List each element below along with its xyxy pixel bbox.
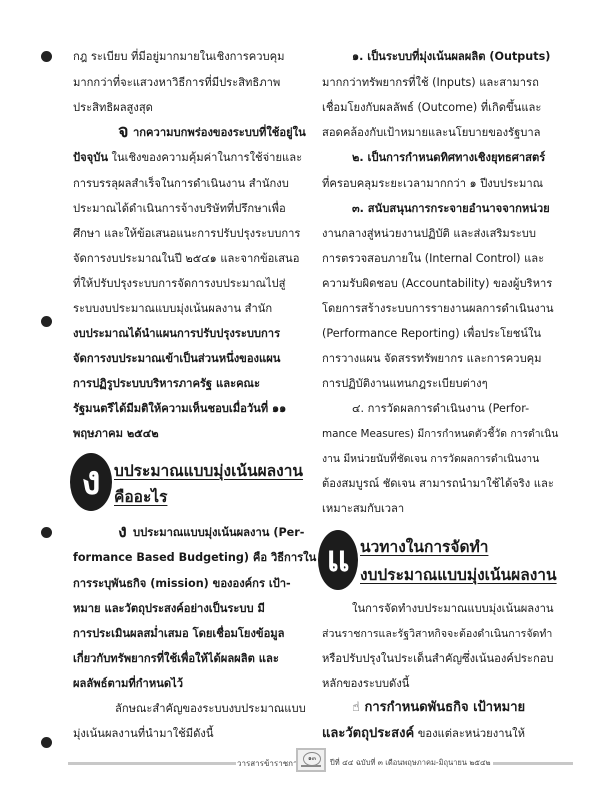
text-line: โดยการสร้างระบบการรายงานผลการดำเนินงาน xyxy=(322,302,554,316)
page-number-badge: ๑๓ xyxy=(296,748,326,772)
text-line: ลักษณะสำคัญของระบบงบประมาณแบบ xyxy=(115,702,306,716)
list-item-3: ๓. สนับสนุนการกระจายอำนาจจากหน่วย xyxy=(352,202,550,216)
section-heading: คืออะไร xyxy=(114,484,167,509)
text-line: ประมาณได้ดำเนินการจ้างบริษัทที่ปรึกษาเพื… xyxy=(73,202,286,216)
text-line: พฤษภาคม ๒๕๔๒ xyxy=(73,427,159,441)
list-item-1: ๑. เป็นระบบที่มุ่งเน้นผลผลิต (Outputs) xyxy=(352,50,550,64)
text-line: ในการจัดทำงบประมาณแบบมุ่งเน้นผลงาน xyxy=(352,602,554,616)
text-line: (Performance Reporting) เพื่อประโยชน์ใน xyxy=(322,327,541,341)
text-line: งบประมาณได้นำแผนการปรับปรุงระบบการ xyxy=(73,327,280,341)
text-line: ระบบงบประมาณแบบมุ่งเน้นผลงาน สำนัก xyxy=(73,302,272,316)
text-line: formance Based Budgeting) คือ วิธีการใน xyxy=(73,551,316,565)
text-line: การวางแผน จัดสรรทรัพยากร และการควบคุม xyxy=(322,352,542,366)
text-line: ประสิทธิผลสูงสุด xyxy=(73,101,153,115)
section-heading: งบประมาณแบบมุ่งเน้นผลงาน xyxy=(360,562,557,587)
text-line: ากความบกพร่องของระบบที่ใช้อยู่ใน xyxy=(133,126,306,140)
section-dropcap-badge: แ xyxy=(318,530,358,590)
text-line: mance Measures) มีการกำหนดตัวชี้วัด การด… xyxy=(322,427,558,441)
dropcap-letter: จ xyxy=(118,122,129,142)
text-line: จัดการงบประมาณเข้าเป็นส่วนหนึ่งของแผน xyxy=(73,352,280,366)
text-line: และวัตถุประสงค์ ของแต่ละหน่วยงานให้ xyxy=(322,727,525,741)
text-line: งานกลางสู่หน่วยงานปฏิบัติ และส่งเสริมระบ… xyxy=(322,227,536,241)
issue-info: ปีที่ ๔๔ ฉบับที่ ๓ เดือนพฤษภาคม-มิถุนายน… xyxy=(330,757,491,769)
section-heading: บประมาณแบบมุ่งเน้นผลงาน xyxy=(114,458,303,483)
dropcap-letter: ง xyxy=(118,522,127,542)
text-line: การระบุพันธกิจ (mission) ขององค์กร เป้า- xyxy=(73,577,291,591)
text-line: สอดคล้องกับเป้าหมายและนโยบายของรัฐบาล xyxy=(322,126,540,140)
list-item-2: ๒. เป็นการกำหนดทิศทางเชิงยุทธศาสตร์ xyxy=(352,151,545,165)
text-line: ต้องสมบูรณ์ ชัดเจน สามารถนำมาใช้ได้จริง … xyxy=(322,477,554,491)
journal-name: วารสารข้าราชการ xyxy=(237,757,302,770)
section-heading: นวทางในการจัดทำ xyxy=(360,534,488,559)
text-line: ความรับผิดชอบ (Accountability) ของผู้บริ… xyxy=(322,277,552,291)
text-line: หมาย และวัตถุประสงค์อย่างเป็นระบบ มี xyxy=(73,602,265,616)
text-line: รัฐมนตรีได้มีมติให้ความเห็นชอบเมื่อวันที… xyxy=(73,402,286,416)
text-line: หลักของระบบดังนี้ xyxy=(322,677,409,691)
text-line: การปฏิรูประบบบริหารภาครัฐ และคณะ xyxy=(73,377,260,391)
text-line: มากกว่าทรัพยากรที่ใช้ (Inputs) และสามารถ xyxy=(322,76,539,90)
hand-icon: ☝ xyxy=(352,700,360,715)
binder-hole-bottom xyxy=(41,737,52,748)
badge-base xyxy=(301,765,321,767)
text-line: ศึกษา และให้ข้อเสนอแนะการปรับปรุงระบบการ xyxy=(73,227,300,241)
text-line: เกี่ยวกับทรัพยากรที่ใช้เพื่อให้ได้ผลผลิต… xyxy=(73,652,279,666)
text-line: งาน มีหน่วยนับที่ชัดเจน การวัดผลการดำเนิ… xyxy=(322,452,539,466)
text-line: ผลลัพธ์ตามที่กำหนดไว้ xyxy=(73,677,183,691)
text-line: การประเมินผลสม่ำเสมอ โดยเชื่อมโยงข้อมูล xyxy=(73,627,285,641)
text-line: ที่ครอบคลุมระยะเวลามากกว่า ๑ ปีงบประมาณ xyxy=(322,177,543,191)
text-line: เชื่อมโยงกับผลลัพธ์ (Outcome) ที่เกิดขึ้… xyxy=(322,101,541,115)
text-line: เหมาะสมกับเวลา xyxy=(322,502,404,516)
section-dropcap-badge: ง xyxy=(70,453,112,511)
text-line: การบรรลุผลสำเร็จในการดำเนินงาน สำนักงบ xyxy=(73,177,289,191)
text-line: ส่วนราชการและรัฐวิสาหกิจจะต้องดำเนินการจ… xyxy=(322,627,552,641)
binder-hole-top xyxy=(41,51,52,62)
text-line: การตรวจสอบภายใน (Internal Control) และ xyxy=(322,252,544,266)
text-line: ปัจจุบันปัจจุบัน ในเชิงของความคุ้มค่าในก… xyxy=(73,151,302,165)
page-number: ๑๓ xyxy=(303,752,321,766)
footer-rule-left xyxy=(68,762,236,765)
text-line: หรือปรับปรุงในประเด็นสำคัญซึ่งเน้นองค์ปร… xyxy=(322,652,554,666)
text-line: จัดการงบประมาณในปี ๒๕๔๑ และจากข้อเสนอ xyxy=(73,252,299,266)
bullet-point: ☝ การกำหนดพันธกิจ เป้าหมาย xyxy=(352,700,525,716)
binder-hole-middle xyxy=(41,316,52,327)
text-line: กฎ ระเบียบ ที่มีอยู่มากมายในเชิงการควบคุ… xyxy=(73,50,284,64)
list-item-4: ๔. การวัดผลการดำเนินงาน (Perfor- xyxy=(352,402,529,416)
text-line: มุ่งเน้นผลงานที่นำมาใช้มีดังนี้ xyxy=(73,727,214,741)
text-line: ที่ให้ปรับปรุงระบบการจัดการงบประมาณไปสู่ xyxy=(73,277,285,291)
text-line: บประมาณแบบมุ่งเน้นผลงาน (Per- xyxy=(133,526,304,540)
binder-hole-lower xyxy=(41,527,52,538)
text-line: มากกว่าที่จะแสวงหาวิธีการที่มีประสิทธิภา… xyxy=(73,76,280,90)
text-line: การปฏิบัติงานแทนกฎระเบียบต่างๆ xyxy=(322,377,488,391)
footer-rule-right xyxy=(493,762,573,765)
